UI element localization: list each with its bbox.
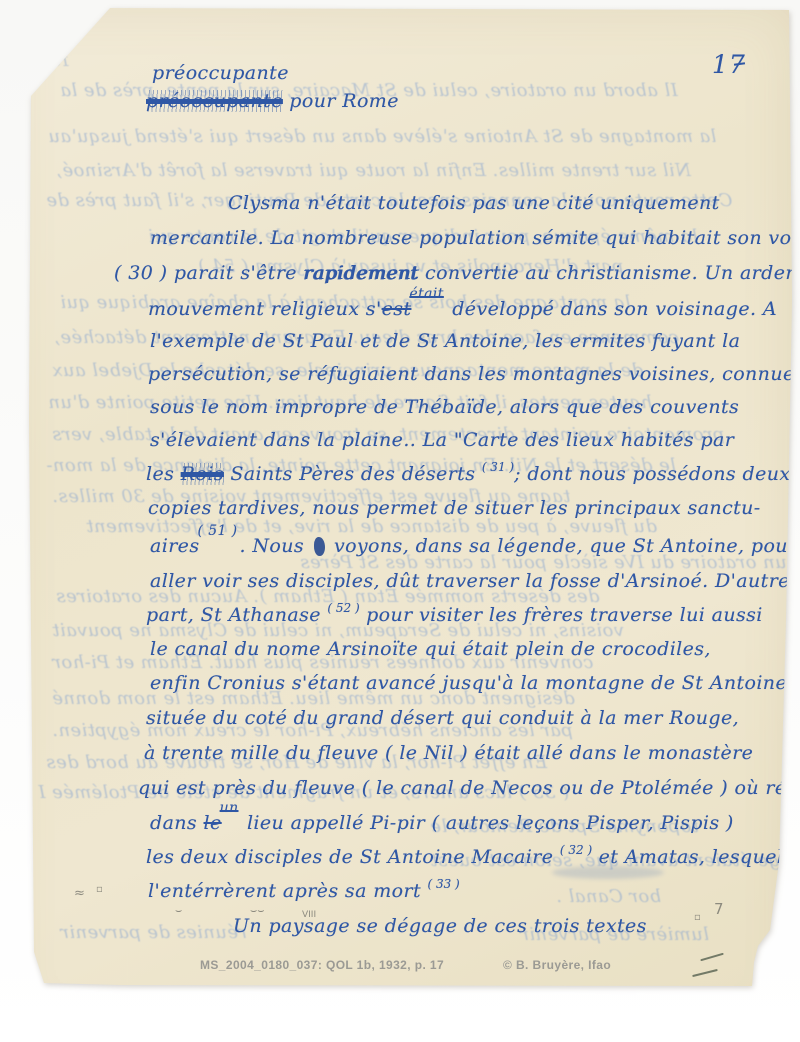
inserted-word: ( 51 ): [197, 523, 237, 539]
text-run: persécution, se réfugiaient dans les mon…: [148, 363, 800, 385]
text-run: part, St Athanase: [146, 604, 327, 626]
text-run: mouvement religieux s': [148, 298, 382, 320]
handwritten-line: persécution, se réfugiaient dans les mon…: [148, 363, 800, 385]
text-run: les: [146, 463, 181, 485]
text-run: qui est près du fleuve ( le canal de Nec…: [138, 777, 800, 799]
text-run: rapidement: [303, 262, 418, 284]
text-run: le canal du nome Arsinoïte qui était ple…: [150, 638, 711, 660]
handwritten-line: l'entérrèrent après sa mort ( 33 ): [148, 880, 460, 902]
handwritten-line: mouvement religieux s'estétait développé…: [148, 298, 777, 320]
pencil-stroke: [700, 953, 724, 962]
footnote-ref: ( 52 ): [327, 601, 359, 615]
inserted-word: un: [220, 800, 239, 816]
handwritten-line: ( 30 ) parait s'être rapidement converti…: [114, 262, 800, 284]
pencil-stroke: [730, 990, 770, 995]
text-run: convertie au christianisme. Un ardent: [419, 262, 800, 284]
manuscript-page: 17 18Il abord un oratoire, celui de St M…: [0, 0, 800, 1042]
struck-word: leun: [204, 812, 241, 834]
handwritten-line: l'exemple de St Paul et de St Antoine, l…: [150, 330, 740, 352]
text-run: Clysma n'était toutefois pas une cité un…: [228, 192, 720, 214]
text-run: voyons, dans sa légende, que St Antoine,…: [328, 535, 798, 557]
pencil-mark: VIII: [302, 910, 316, 920]
footnote-ref: ( 31 ): [482, 460, 514, 474]
bleedthrough-line: 18: [50, 52, 70, 70]
header-insertion: préoccupante: [152, 62, 289, 84]
struck-word: estétait: [382, 298, 446, 320]
text-run: enfin Cronius s'étant avancé jusqu'à la …: [150, 672, 794, 694]
page-shadow-wrap: 17 18Il abord un oratoire, celui de St M…: [0, 0, 800, 1042]
bleedthrough-line: la montagne de St Antoine s'élève dans u…: [48, 126, 716, 147]
pencil-mark: ≈: [74, 886, 85, 901]
text-run: préoccupante: [152, 62, 289, 84]
bleedthrough-line: bor Canal .: [556, 886, 661, 907]
text-run: mercantile. La nombreuse population sémi…: [150, 227, 800, 249]
handwritten-line: Clysma n'était toutefois pas une cité un…: [228, 192, 720, 214]
text-run: pour Rome: [283, 90, 399, 112]
text-run: aires( 51 ): [150, 535, 240, 557]
text-run: pour visiter les frères traverse lui aus…: [360, 604, 763, 626]
pencil-stroke: [692, 969, 718, 977]
handwritten-line: à trente mille du fleuve ( le Nil ) étai…: [144, 742, 753, 764]
text-run: copies tardives, nous permet de situer l…: [148, 497, 761, 519]
text-run: l'entérrèrent après sa mort: [148, 880, 427, 902]
handwritten-line: enfin Cronius s'étant avancé jusqu'à la …: [150, 672, 794, 694]
handwritten-line: sous le nom impropre de Thébaïde, alors …: [150, 396, 739, 418]
page-number: 17: [712, 50, 746, 79]
footnote-ref: ( 33 ): [427, 877, 459, 891]
handwritten-line: copies tardives, nous permet de situer l…: [148, 497, 761, 519]
text-run: située du coté du grand désert qui condu…: [146, 707, 739, 729]
scan-background: 17 18Il abord un oratoire, celui de St M…: [0, 0, 800, 1042]
text-run: aller voir ses disciples, dût traverser …: [150, 570, 790, 592]
pencil-mark: 7: [714, 900, 724, 918]
text-run: à trente mille du fleuve ( le Nil ) étai…: [144, 742, 753, 764]
handwritten-line: aires( 51 ). Nous voyons, dans sa légend…: [150, 535, 797, 557]
text-run: s'élevaient dans la plaine.. La "Carte d…: [150, 429, 734, 451]
caption-copyright: © B. Bruyère, Ifao: [503, 958, 611, 972]
inserted-word: était: [409, 286, 443, 302]
handwritten-line: les Rois Saints Pères des déserts ( 31 )…: [146, 463, 790, 485]
header-line: préoccupante pour Rome: [146, 90, 399, 112]
bleedthrough-line: Nil sur trente milles. Enfin la route qu…: [56, 160, 691, 181]
text-run: Saints Pères des déserts: [224, 463, 482, 485]
text-run: Un paysage se dégage de ces trois textes: [233, 915, 647, 937]
text-run: dans: [150, 812, 204, 834]
handwritten-line: dans leun lieu appellé Pi-pir ( autres l…: [150, 812, 734, 834]
text-run: et Amatas, lesquels: [592, 846, 793, 868]
handwritten-line: située du coté du grand désert qui condu…: [146, 707, 739, 729]
struck-word: Rois: [181, 463, 224, 485]
handwritten-line: Un paysage se dégage de ces trois textes: [233, 915, 647, 937]
handwritten-line: mercantile. La nombreuse population sémi…: [150, 227, 800, 249]
pencil-mark: ▫: [694, 912, 701, 923]
ink-smudge: [552, 866, 664, 879]
handwritten-line: aller voir ses disciples, dût traverser …: [150, 570, 790, 592]
handwritten-line: le canal du nome Arsinoïte qui était ple…: [150, 638, 711, 660]
text-run: l'exemple de St Paul et de St Antoine, l…: [150, 330, 740, 352]
text-run: les deux disciples de St Antoine Macaire: [146, 846, 560, 868]
handwritten-line: qui est près du fleuve ( le canal de Nec…: [138, 777, 800, 799]
text-run: lieu appellé Pi-pir ( autres leçons Pisp…: [241, 812, 734, 834]
handwritten-line: les deux disciples de St Antoine Macaire…: [146, 846, 793, 868]
caption-id: MS_2004_0180_037: QOL 1b, 1932, p. 17: [200, 958, 444, 972]
handwritten-line: s'élevaient dans la plaine.. La "Carte d…: [150, 429, 734, 451]
pencil-mark: ▫: [96, 884, 103, 895]
footnote-ref: ( 32 ): [560, 843, 592, 857]
pencil-mark: ⌣⌣: [250, 904, 264, 918]
text-run: sous le nom impropre de Thébaïde, alors …: [150, 396, 739, 418]
text-run: ; dont nous possédons deux: [514, 463, 790, 485]
struck-word: préoccupante: [146, 90, 283, 112]
pencil-mark: ⌣: [175, 904, 182, 918]
ink-blot: [314, 537, 325, 556]
text-run: . Nous: [240, 535, 311, 557]
text-run: ( 30 ) parait s'être: [114, 262, 303, 284]
bleedthrough-line: du fleuve, à peu de distance de la rive,…: [86, 516, 657, 537]
handwritten-line: part, St Athanase ( 52 ) pour visiter le…: [146, 604, 763, 626]
bleedthrough-line: réunies de parvenir: [60, 922, 247, 943]
text-run: développé dans son voisinage. A: [446, 298, 777, 320]
